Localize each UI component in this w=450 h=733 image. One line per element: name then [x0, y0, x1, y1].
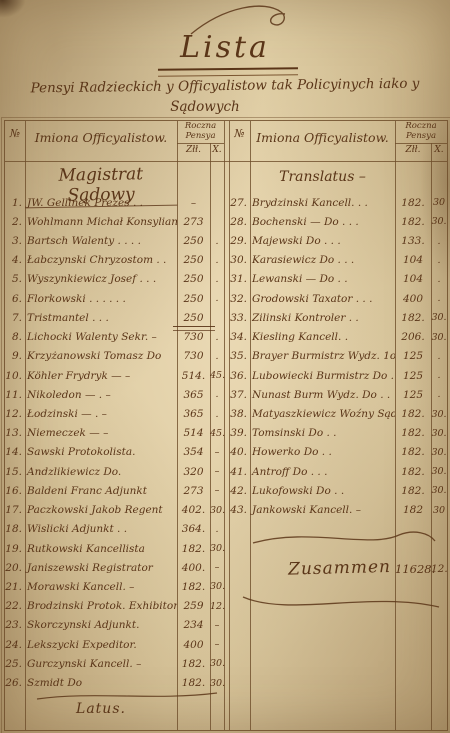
officer-name: Gurczynski Kancell. –: [22, 658, 177, 670]
table-row: 3. Bartsch Walenty . . . . 250 .: [5, 231, 224, 250]
officer-name: Matyaszkiewicz Woźny Sądowy: [247, 408, 395, 420]
officer-name: Łodzinski — . –: [22, 408, 177, 420]
table-row: 24. Lekszycki Expeditor. 400 –: [5, 635, 224, 654]
table-row: 25. Gurczynski Kancell. – 182. 30.: [5, 654, 224, 673]
salary-gr: 30: [431, 505, 447, 516]
officer-name: Brydzinski Kancell. . .: [247, 197, 395, 209]
total-zl: 11628.: [395, 562, 431, 576]
salary-zl: 104: [395, 254, 431, 266]
officer-name: Brayer Burmistrz Wydz. 1o: [247, 350, 395, 362]
table-row: 32. Grodowski Taxator . . . 400 .: [229, 289, 447, 308]
salary-zl: –: [177, 197, 210, 209]
salary-zl: 182.: [177, 658, 210, 670]
table-row: 38. Matyaszkiewicz Woźny Sądowy 182. 30.: [229, 404, 447, 423]
table-row: 31. Lewanski — Do . . 104 .: [229, 270, 447, 289]
table-row: 14. Sawski Protokolista. 354 –: [5, 443, 224, 462]
page-subtitle-line2: Sądowych: [0, 99, 410, 115]
table-row: 36. Lubowiecki Burmistrz Do . . 125 .: [229, 366, 447, 385]
section-title-right: Translatus –: [250, 169, 395, 185]
salary-zl: 400: [177, 639, 210, 651]
officer-name: Wislicki Adjunkt . .: [22, 523, 177, 535]
page-title: Lista: [0, 30, 450, 65]
officer-name: Jankowski Kancell. –: [247, 504, 395, 516]
row-number: 33.: [229, 312, 247, 324]
salary-gr: .: [210, 409, 224, 420]
officer-name: Nikoledon — . –: [22, 389, 177, 401]
row-number: 8.: [5, 331, 22, 343]
row-number: 43.: [229, 504, 247, 516]
salary-gr: 30.: [431, 409, 447, 420]
salary-gr: 30: [431, 197, 447, 208]
table-row: 37. Nunast Burm Wydz. Do . . 125 .: [229, 385, 447, 404]
salary-gr: 30.: [431, 332, 447, 343]
officer-name: Skorczynski Adjunkt.: [22, 619, 177, 631]
table-row: 33. Zilinski Kontroler . . 182. 30.: [229, 308, 447, 327]
rows-flourish: [249, 523, 439, 549]
salary-gr: .: [210, 236, 224, 247]
table-row: 5. Wyszynkiewicz Josef . . . 250 .: [5, 270, 224, 289]
table-row: 16. Baldeni Franc Adjunkt 273 –: [5, 481, 224, 500]
officer-name: Sawski Protokolista.: [22, 446, 177, 458]
officer-name: Andzlikiewicz Do.: [22, 466, 177, 478]
salary-zl: 273: [177, 216, 210, 228]
table-row: 11. Nikoledon — . – 365 .: [5, 385, 224, 404]
salary-zl: 320: [177, 466, 210, 478]
header-salary-right: Roczna Pensya: [395, 121, 447, 162]
officer-name: Florkowski . . . . . .: [22, 293, 177, 305]
table-row: 20. Janiszewski Registrator 400. –: [5, 558, 224, 577]
salary-gr: .: [431, 389, 447, 400]
table-row: 1. JW. Gellinek Prezes . . –: [5, 193, 224, 212]
salary-zl: 730: [177, 350, 210, 362]
officer-name: Baldeni Franc Adjunkt: [22, 485, 177, 497]
row-number: 30.: [229, 254, 247, 266]
officer-name: JW. Gellinek Prezes . .: [22, 197, 177, 209]
salary-zl: 182.: [177, 677, 210, 689]
officer-name: Zilinski Kontroler . .: [247, 312, 395, 324]
salary-gr: 30.: [431, 428, 447, 439]
salary-gr: .: [210, 332, 224, 343]
row-number: 25.: [5, 658, 22, 670]
salary-zl: 730: [177, 331, 210, 343]
header-salary-left: Roczna Pensya: [177, 121, 224, 162]
salary-gr: .: [431, 370, 447, 381]
table-row: 42. Lukofowski Do . . 182. 30.: [229, 481, 447, 500]
table-row: 2. Wohlmann Michał Konsylian 273: [5, 212, 224, 231]
total-flourish: [239, 589, 444, 619]
salary-zl: 250: [177, 312, 210, 324]
salary-gr: 30.: [431, 466, 447, 477]
latus-label: Latus.: [25, 701, 177, 717]
salary-gr: 30.: [431, 216, 447, 227]
row-number: 16.: [5, 485, 22, 497]
salary-gr: 45.: [210, 370, 224, 381]
table-row: 10. Köhler Frydryk — – 514. 45.: [5, 366, 224, 385]
officer-name: Niemeczek — –: [22, 427, 177, 439]
salary-gr: .: [210, 524, 224, 535]
officer-name: Brodzinski Protok. Exhibitor: [22, 600, 177, 612]
table-row: 30. Karasiewicz Do . . . 104 .: [229, 251, 447, 270]
salary-gr: .: [210, 274, 224, 285]
officer-name: Łabczynski Chryzostom . .: [22, 254, 177, 266]
row-number: 29.: [229, 235, 247, 247]
salary-zl: 182.: [395, 312, 431, 324]
table-row: 39. Tomsinski Do . . 182. 30.: [229, 424, 447, 443]
salary-gr: .: [210, 389, 224, 400]
salary-zl: 234: [177, 619, 210, 631]
header-gr-right: X.: [431, 145, 447, 155]
salary-gr: 30.: [431, 447, 447, 458]
manuscript-page: Lista Pensyi Radzieckich y Officyalistow…: [0, 0, 450, 733]
salary-zl: 182.: [395, 408, 431, 420]
salary-gr: 12.: [210, 601, 224, 612]
officer-name: Wyszynkiewicz Josef . . .: [22, 273, 177, 285]
ink-stain: [0, 0, 26, 18]
officer-name: Bartsch Walenty . . . .: [22, 235, 177, 247]
salary-zl: 182.: [395, 216, 431, 228]
salary-gr: 30.: [210, 581, 224, 592]
officer-name: Rutkowski Kancellista: [22, 543, 177, 555]
salary-zl: 125: [395, 350, 431, 362]
salary-zl: 400: [395, 293, 431, 305]
table-row: 29. Majewski Do . . . 133. .: [229, 231, 447, 250]
salary-gr: –: [210, 466, 224, 477]
row-number: 1.: [5, 197, 22, 209]
row-number: 31.: [229, 273, 247, 285]
row-number: 36.: [229, 370, 247, 382]
row-number: 35.: [229, 350, 247, 362]
salary-zl: 182.: [177, 581, 210, 593]
salary-zl: 182.: [395, 446, 431, 458]
row-number: 7.: [5, 312, 22, 324]
officer-name: Lukofowski Do . .: [247, 485, 395, 497]
header-salary-line2: Pensya: [177, 132, 224, 142]
table-row: 19. Rutkowski Kancellista 182. 30.: [5, 539, 224, 558]
table-row: 17. Paczkowski Jakob Regent 402. 30.: [5, 501, 224, 520]
salary-zl: 182: [395, 504, 431, 516]
officer-name: Tomsinski Do . .: [247, 427, 395, 439]
table-row: 40. Howerko Do . . 182. 30.: [229, 443, 447, 462]
salary-gr: –: [210, 639, 224, 650]
right-rows: 27. Brydzinski Kancell. . . 182. 30 28. …: [229, 193, 447, 520]
table-row: 12. Łodzinski — . – 365 .: [5, 404, 224, 423]
table-row: 7. Tristmantel . . . 250: [5, 308, 224, 327]
left-half: Magistrat Sądowy 1. JW. Gellinek Prezes …: [5, 161, 224, 730]
officer-name: Paczkowski Jakob Regent: [22, 504, 177, 516]
salary-zl: 364.: [177, 523, 210, 535]
row-number: 10.: [5, 370, 22, 382]
salary-gr: –: [210, 447, 224, 458]
salary-zl: 182.: [395, 485, 431, 497]
table-row: 9. Krzyżanowski Tomasz Do 730 .: [5, 347, 224, 366]
right-half: Translatus – 27. Brydzinski Kancell. . .…: [229, 161, 447, 730]
row-number: 20.: [5, 562, 22, 574]
salary-zl: 514: [177, 427, 210, 439]
salary-zl: 182.: [395, 427, 431, 439]
salary-gr: 30.: [431, 485, 447, 496]
row-number: 34.: [229, 331, 247, 343]
salary-gr: .: [210, 351, 224, 362]
salary-gr: –: [210, 485, 224, 496]
officer-name: Nunast Burm Wydz. Do . .: [247, 389, 395, 401]
salary-zl: 125: [395, 370, 431, 382]
table-row: 35. Brayer Burmistrz Wydz. 1o 125 .: [229, 347, 447, 366]
officer-name: Janiszewski Registrator: [22, 562, 177, 574]
officer-name: Lekszycki Expeditor.: [22, 639, 177, 651]
row-number: 21.: [5, 581, 22, 593]
row-number: 19.: [5, 543, 22, 555]
salary-zl: 354: [177, 446, 210, 458]
ledger-table: № Imiona Officyalistow. Roczna Pensya Zł…: [4, 120, 448, 731]
total-row: Zusammen 11628. 12.: [229, 559, 447, 579]
salary-zl: 365: [177, 408, 210, 420]
salary-gr: .: [431, 293, 447, 304]
table-row: 28. Bochenski — Do . . . 182. 30.: [229, 212, 447, 231]
officer-name: Lewanski — Do . .: [247, 273, 395, 285]
row-number: 42.: [229, 485, 247, 497]
row-number: 17.: [5, 504, 22, 516]
row-number: 37.: [229, 389, 247, 401]
row-number: 2.: [5, 216, 22, 228]
salary-zl: 133.: [395, 235, 431, 247]
table-row: 41. Antroff Do . . . 182. 30.: [229, 462, 447, 481]
salary-zl: 402.: [177, 504, 210, 516]
salary-gr: 30.: [431, 312, 447, 323]
salary-gr: 45.: [210, 428, 224, 439]
salary-zl: 259: [177, 600, 210, 612]
salary-gr: .: [210, 255, 224, 266]
table-row: 22. Brodzinski Protok. Exhibitor 259 12.: [5, 597, 224, 616]
row-number: 39.: [229, 427, 247, 439]
officer-name: Wohlmann Michał Konsylian: [22, 216, 177, 228]
salary-gr: –: [210, 562, 224, 573]
column-rule: [224, 121, 225, 730]
subtotal-rule: [173, 326, 215, 331]
table-row: 4. Łabczynski Chryzostom . . 250 .: [5, 251, 224, 270]
table-row: 21. Morawski Kancell. – 182. 30.: [5, 577, 224, 596]
officer-name: Howerko Do . .: [247, 446, 395, 458]
row-number: 32.: [229, 293, 247, 305]
officer-name: Lichocki Walenty Sekr. –: [22, 331, 177, 343]
officer-name: Morawski Kancell. –: [22, 581, 177, 593]
salary-gr: 30.: [210, 658, 224, 669]
table-row: 18. Wislicki Adjunkt . . 364. .: [5, 520, 224, 539]
salary-gr: .: [431, 255, 447, 266]
officer-name: Lubowiecki Burmistrz Do . .: [247, 370, 395, 382]
salary-zl: 273: [177, 485, 210, 497]
row-number: 11.: [5, 389, 22, 401]
table-row: 15. Andzlikiewicz Do. 320 –: [5, 462, 224, 481]
total-gr: 12.: [431, 563, 447, 575]
officer-name: Kiesling Kancell. .: [247, 331, 395, 343]
row-number: 23.: [5, 619, 22, 631]
table-row: 43. Jankowski Kancell. – 182 30: [229, 501, 447, 520]
salary-zl: 400.: [177, 562, 210, 574]
title-underline: [158, 67, 298, 76]
officer-name: Bochenski — Do . . .: [247, 216, 395, 228]
officer-name: Karasiewicz Do . . .: [247, 254, 395, 266]
header-zl-right: Złł.: [395, 145, 431, 155]
salary-gr: 30.: [210, 543, 224, 554]
table-row: 34. Kiesling Kancell. . 206. 30.: [229, 328, 447, 347]
salary-zl: 365: [177, 389, 210, 401]
header-salary-line2: Pensya: [395, 132, 447, 142]
row-number: 38.: [229, 408, 247, 420]
row-number: 22.: [5, 600, 22, 612]
row-number: 9.: [5, 350, 22, 362]
officer-name: Tristmantel . . .: [22, 312, 177, 324]
row-number: 3.: [5, 235, 22, 247]
header-zl-left: Złł.: [177, 145, 210, 155]
row-number: 40.: [229, 446, 247, 458]
row-number: 28.: [229, 216, 247, 228]
table-row: 13. Niemeczek — – 514 45.: [5, 424, 224, 443]
officer-name: Antroff Do . . .: [247, 466, 395, 478]
salary-gr: –: [210, 620, 224, 631]
row-number: 14.: [5, 446, 22, 458]
row-number: 13.: [5, 427, 22, 439]
salary-zl: 514.: [177, 370, 210, 382]
row-number: 26.: [5, 677, 22, 689]
row-number: 41.: [229, 466, 247, 478]
row-number: 15.: [5, 466, 22, 478]
page-subtitle-line1: Pensyi Radzieckich y Officyalistow tak P…: [10, 75, 440, 96]
left-rows: 1. JW. Gellinek Prezes . . – 2. Wohlmann…: [5, 193, 224, 693]
officer-name: Majewski Do . . .: [247, 235, 395, 247]
salary-zl: 250: [177, 293, 210, 305]
row-number: 12.: [5, 408, 22, 420]
row-number: 5.: [5, 273, 22, 285]
salary-zl: 250: [177, 235, 210, 247]
salary-zl: 250: [177, 254, 210, 266]
row-number: 27.: [229, 197, 247, 209]
row-number: 4.: [5, 254, 22, 266]
salary-zl: 125: [395, 389, 431, 401]
salary-gr: .: [431, 351, 447, 362]
total-label: Zusammen: [229, 557, 395, 581]
officer-name: Köhler Frydryk — –: [22, 370, 177, 382]
officer-name: Szmidt Do: [22, 677, 177, 689]
salary-gr: .: [210, 293, 224, 304]
table-row: 27. Brydzinski Kancell. . . 182. 30: [229, 193, 447, 212]
salary-zl: 206.: [395, 331, 431, 343]
table-row: 23. Skorczynski Adjunkt. 234 –: [5, 616, 224, 635]
header-gr-left: X.: [210, 145, 224, 155]
salary-gr: 30.: [210, 678, 224, 689]
salary-zl: 250: [177, 273, 210, 285]
salary-zl: 182.: [395, 197, 431, 209]
table-row: 6. Florkowski . . . . . . 250 .: [5, 289, 224, 308]
salary-zl: 182.: [177, 543, 210, 555]
salary-zl: 104: [395, 273, 431, 285]
row-number: 18.: [5, 523, 22, 535]
salary-gr: 30.: [210, 505, 224, 516]
officer-name: Krzyżanowski Tomasz Do: [22, 350, 177, 362]
row-number: 24.: [5, 639, 22, 651]
row-number: 6.: [5, 293, 22, 305]
officer-name: Grodowski Taxator . . .: [247, 293, 395, 305]
salary-gr: .: [431, 236, 447, 247]
salary-zl: 182.: [395, 466, 431, 478]
salary-gr: .: [431, 274, 447, 285]
